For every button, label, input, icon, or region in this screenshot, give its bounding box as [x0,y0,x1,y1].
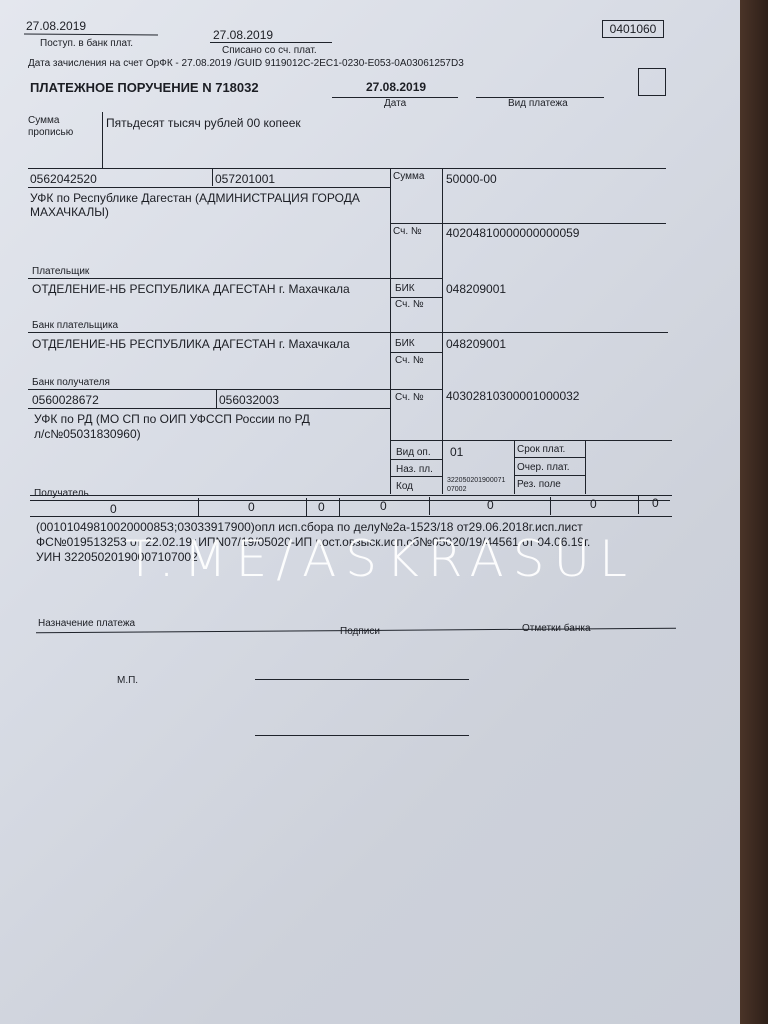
table-background [740,0,768,1024]
recipient-bank-account-label: Сч. № [395,355,424,366]
document-title: ПЛАТЕЖНОЕ ПОРУЧЕНИЕ N 718032 [30,80,259,95]
recipient-inn: 0560028672 [32,393,99,407]
payment-purpose-label: Назначение платежа [38,618,135,629]
payer-bik-label: БИК [395,283,415,294]
debited-label: Списано со сч. плат. [222,45,317,56]
payment-type-box [638,68,666,96]
tax-field-5: 0 [487,498,494,512]
date-label: Дата [384,98,406,109]
stamp-label: М.П. [117,675,138,686]
recipient-name-line-2: л/с№05031830960) [34,427,141,441]
op-type-value: 01 [450,445,463,459]
payer-account: 40204810000000000059 [446,226,579,240]
payer-name-line-2: МАХАЧКАЛЫ) [30,205,109,219]
tax-field-7: 0 [652,496,659,510]
reserve-field-label: Рез. поле [517,479,561,490]
payer-name-line-1: УФК по Республике Дагестан (АДМИНИСТРАЦИ… [30,191,360,205]
tax-field-4: 0 [380,499,387,513]
received-label: Поступ. в банк плат. [40,38,133,49]
priority-label: Очер. плат. [517,462,570,473]
tax-field-6: 0 [590,497,597,511]
bank-marks-label: Отметки банка [522,623,591,634]
recipient-name-line-1: УФК по РД (МО СП по ОИП УФССП России по … [34,412,310,426]
debited-date: 27.08.2019 [213,28,273,42]
code-label: Код [396,481,413,492]
ofk-line: Дата зачисления на счет ОрФК - 27.08.201… [28,58,464,69]
signature-line-2 [255,735,469,736]
signature-line-1 [255,679,469,680]
payment-order-paper: 0401060 27.08.2019 Поступ. в банк плат. … [0,0,748,1024]
received-date: 27.08.2019 [26,19,86,33]
form-code-box: 0401060 [602,20,664,38]
sum-words-label: Сумма [28,115,59,126]
watermark: T.ME/ASKRASUL [125,530,636,588]
tax-field-3: 0 [318,500,325,514]
recipient-account: 40302810300001000032 [446,389,579,403]
payer-inn: 0562042520 [30,172,97,186]
sum-label: Сумма [393,171,424,182]
payer-account-label: Сч. № [393,226,422,237]
payer-kpp: 057201001 [215,172,275,186]
payer-bank-label: Банк плательщика [32,320,118,331]
recipient-kpp: 056032003 [219,393,279,407]
tax-field-1: 0 [110,502,117,516]
recipient-account-label: Сч. № [395,392,424,403]
signatures-label: Подписи [340,626,380,637]
recipient-bik-label: БИК [395,338,415,349]
payment-type-label: Вид платежа [508,98,568,109]
code-value-line-2: 07002 [447,486,466,493]
sum-in-words: Пятьдесят тысяч рублей 00 копеек [106,116,301,130]
payer-label: Плательщик [32,266,89,277]
tax-field-2: 0 [248,500,255,514]
code-value-line-1: 322050201900071 [447,477,505,484]
purpose-code-label: Наз. пл. [396,464,433,475]
recipient-bank-label: Банк получателя [32,377,110,388]
payer-bik: 048209001 [446,282,506,296]
sum-words-label-2: прописью [28,127,73,138]
date-value: 27.08.2019 [366,80,426,94]
sum-value: 50000-00 [446,172,497,186]
recipient-bank: ОТДЕЛЕНИЕ-НБ РЕСПУБЛИКА ДАГЕСТАН г. Маха… [32,337,350,351]
op-type-label: Вид оп. [396,447,431,458]
due-date-label: Срок плат. [517,444,565,455]
recipient-label: Получатель [34,488,89,499]
recipient-bik: 048209001 [446,337,506,351]
payer-bank: ОТДЕЛЕНИЕ-НБ РЕСПУБЛИКА ДАГЕСТАН г. Маха… [32,282,350,296]
payer-bank-account-label: Сч. № [395,299,424,310]
